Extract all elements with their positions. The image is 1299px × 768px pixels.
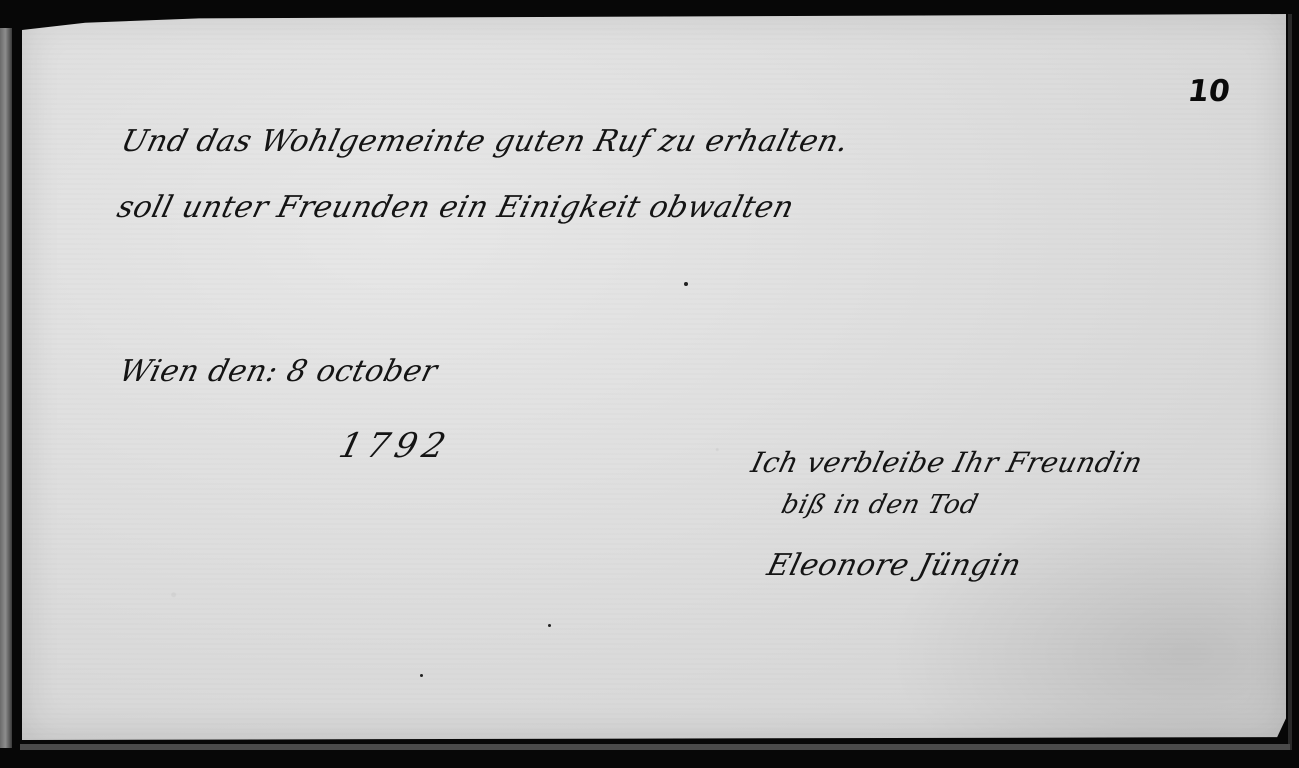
verse-line-2: soll unter Freunden ein Einigkeit obwalt…	[114, 190, 798, 225]
page-bottom-edge	[20, 744, 1290, 750]
signature: Eleonore Jüngin	[764, 548, 1025, 583]
page-number: 10	[1186, 74, 1233, 109]
date-year: 1792	[335, 426, 456, 466]
ink-speck	[548, 624, 551, 627]
verse-line-1: Und das Wohlgemeinte guten Ruf zu erhalt…	[118, 124, 853, 159]
adjacent-page-edge	[0, 28, 12, 748]
closing-line-2: biß in den Tod	[778, 490, 981, 520]
page-right-edge	[1288, 14, 1292, 750]
date-line: Wien den: 8 october	[116, 354, 442, 389]
scanned-page-viewer: 10 Und das Wohlgemeinte guten Ruf zu erh…	[0, 0, 1299, 768]
ink-speck	[684, 282, 688, 286]
closing-line-1: Ich verbleibe Ihr Freundin	[748, 446, 1146, 479]
ink-speck	[420, 674, 423, 677]
